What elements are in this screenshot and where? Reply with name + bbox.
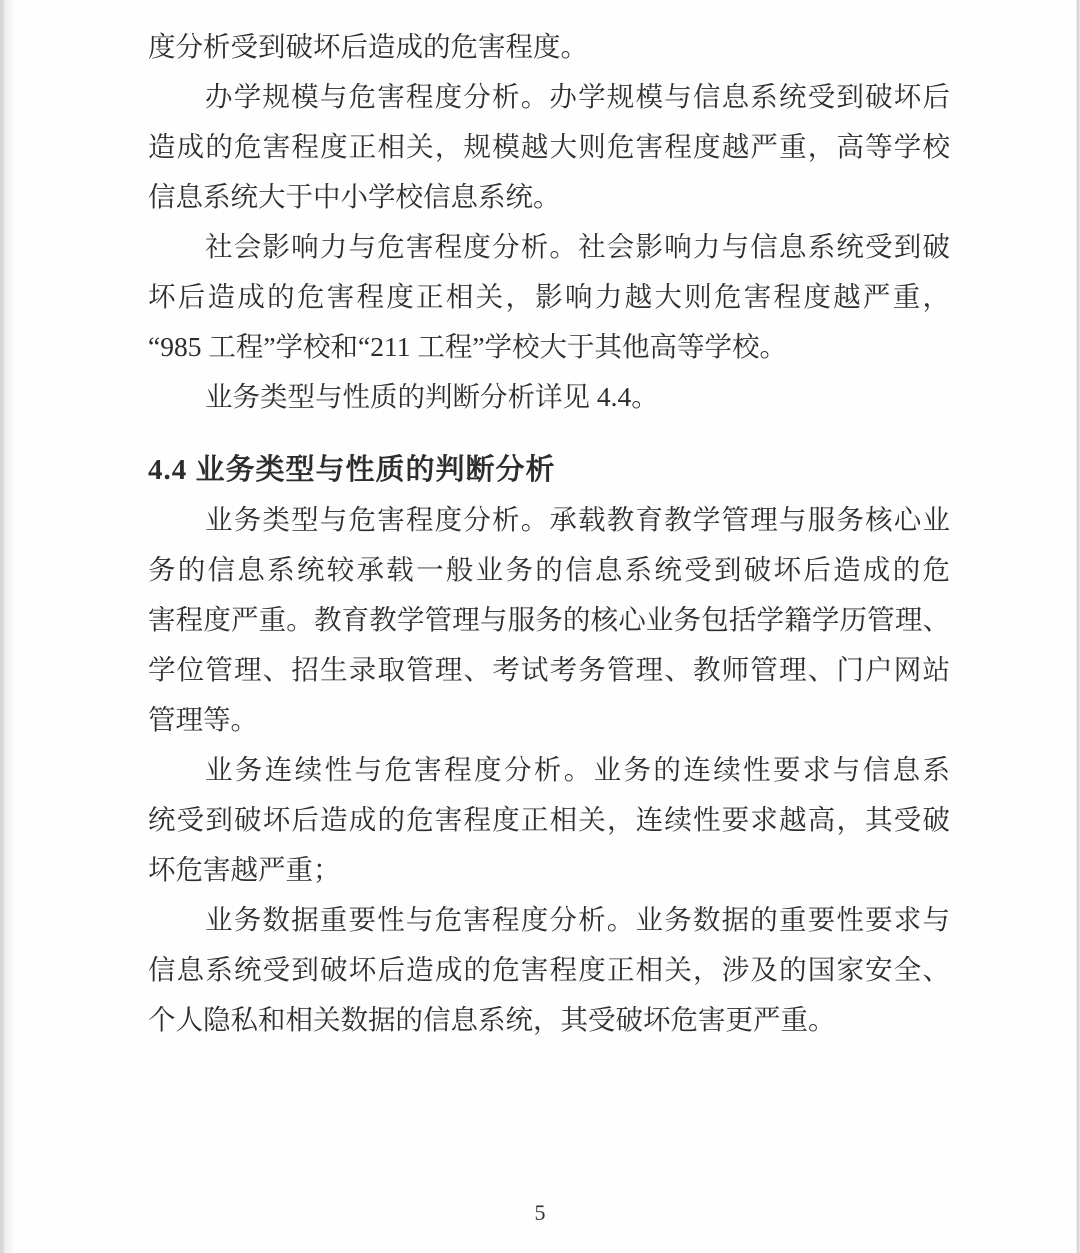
body-line: 统受到破坏后造成的危害程度正相关，连续性要求越高，其受破: [148, 795, 950, 845]
body-line: 度分析受到破坏后造成的危害程度。: [148, 22, 950, 72]
body-line: 办学规模与危害程度分析。办学规模与信息系统受到破坏后: [148, 72, 950, 122]
body-line: 务的信息系统较承载一般业务的信息系统受到破坏后造成的危: [148, 545, 950, 595]
body-line: 学位管理、招生录取管理、考试考务管理、教师管理、门户网站: [148, 645, 950, 695]
body-line: 个人隐私和相关数据的信息系统，其受破坏危害更严重。: [148, 995, 950, 1045]
page-left-scan-edge: [0, 0, 16, 1253]
body-line: 社会影响力与危害程度分析。社会影响力与信息系统受到破: [148, 222, 950, 272]
body-line: “985 工程”学校和“211 工程”学校大于其他高等学校。: [148, 322, 950, 372]
page-right-scan-edge: [1076, 0, 1080, 1253]
section-heading-4-4: 4.4 业务类型与性质的判断分析: [148, 445, 950, 495]
body-line: 信息系统受到破坏后造成的危害程度正相关，涉及的国家安全、: [148, 945, 950, 995]
body-line: 造成的危害程度正相关，规模越大则危害程度越严重，高等学校: [148, 122, 950, 172]
body-line: 业务数据重要性与危害程度分析。业务数据的重要性要求与: [148, 895, 950, 945]
page-number: 5: [535, 1200, 546, 1225]
body-line: 管理等。: [148, 695, 950, 745]
body-line: 业务连续性与危害程度分析。业务的连续性要求与信息系: [148, 745, 950, 795]
body-line: 害程度严重。教育教学管理与服务的核心业务包括学籍学历管理、: [148, 595, 950, 645]
body-line: 业务类型与危害程度分析。承载教育教学管理与服务核心业: [148, 495, 950, 545]
body-line: 坏危害越严重；: [148, 845, 950, 895]
body-line: 业务类型与性质的判断分析详见 4.4。: [148, 372, 950, 422]
page-footer: 5: [0, 1200, 1080, 1226]
body-line: 信息系统大于中小学校信息系统。: [148, 172, 950, 222]
document-page-content: 度分析受到破坏后造成的危害程度。 办学规模与危害程度分析。办学规模与信息系统受到…: [148, 22, 950, 1045]
body-line: 坏后造成的危害程度正相关，影响力越大则危害程度越严重，: [148, 272, 950, 322]
